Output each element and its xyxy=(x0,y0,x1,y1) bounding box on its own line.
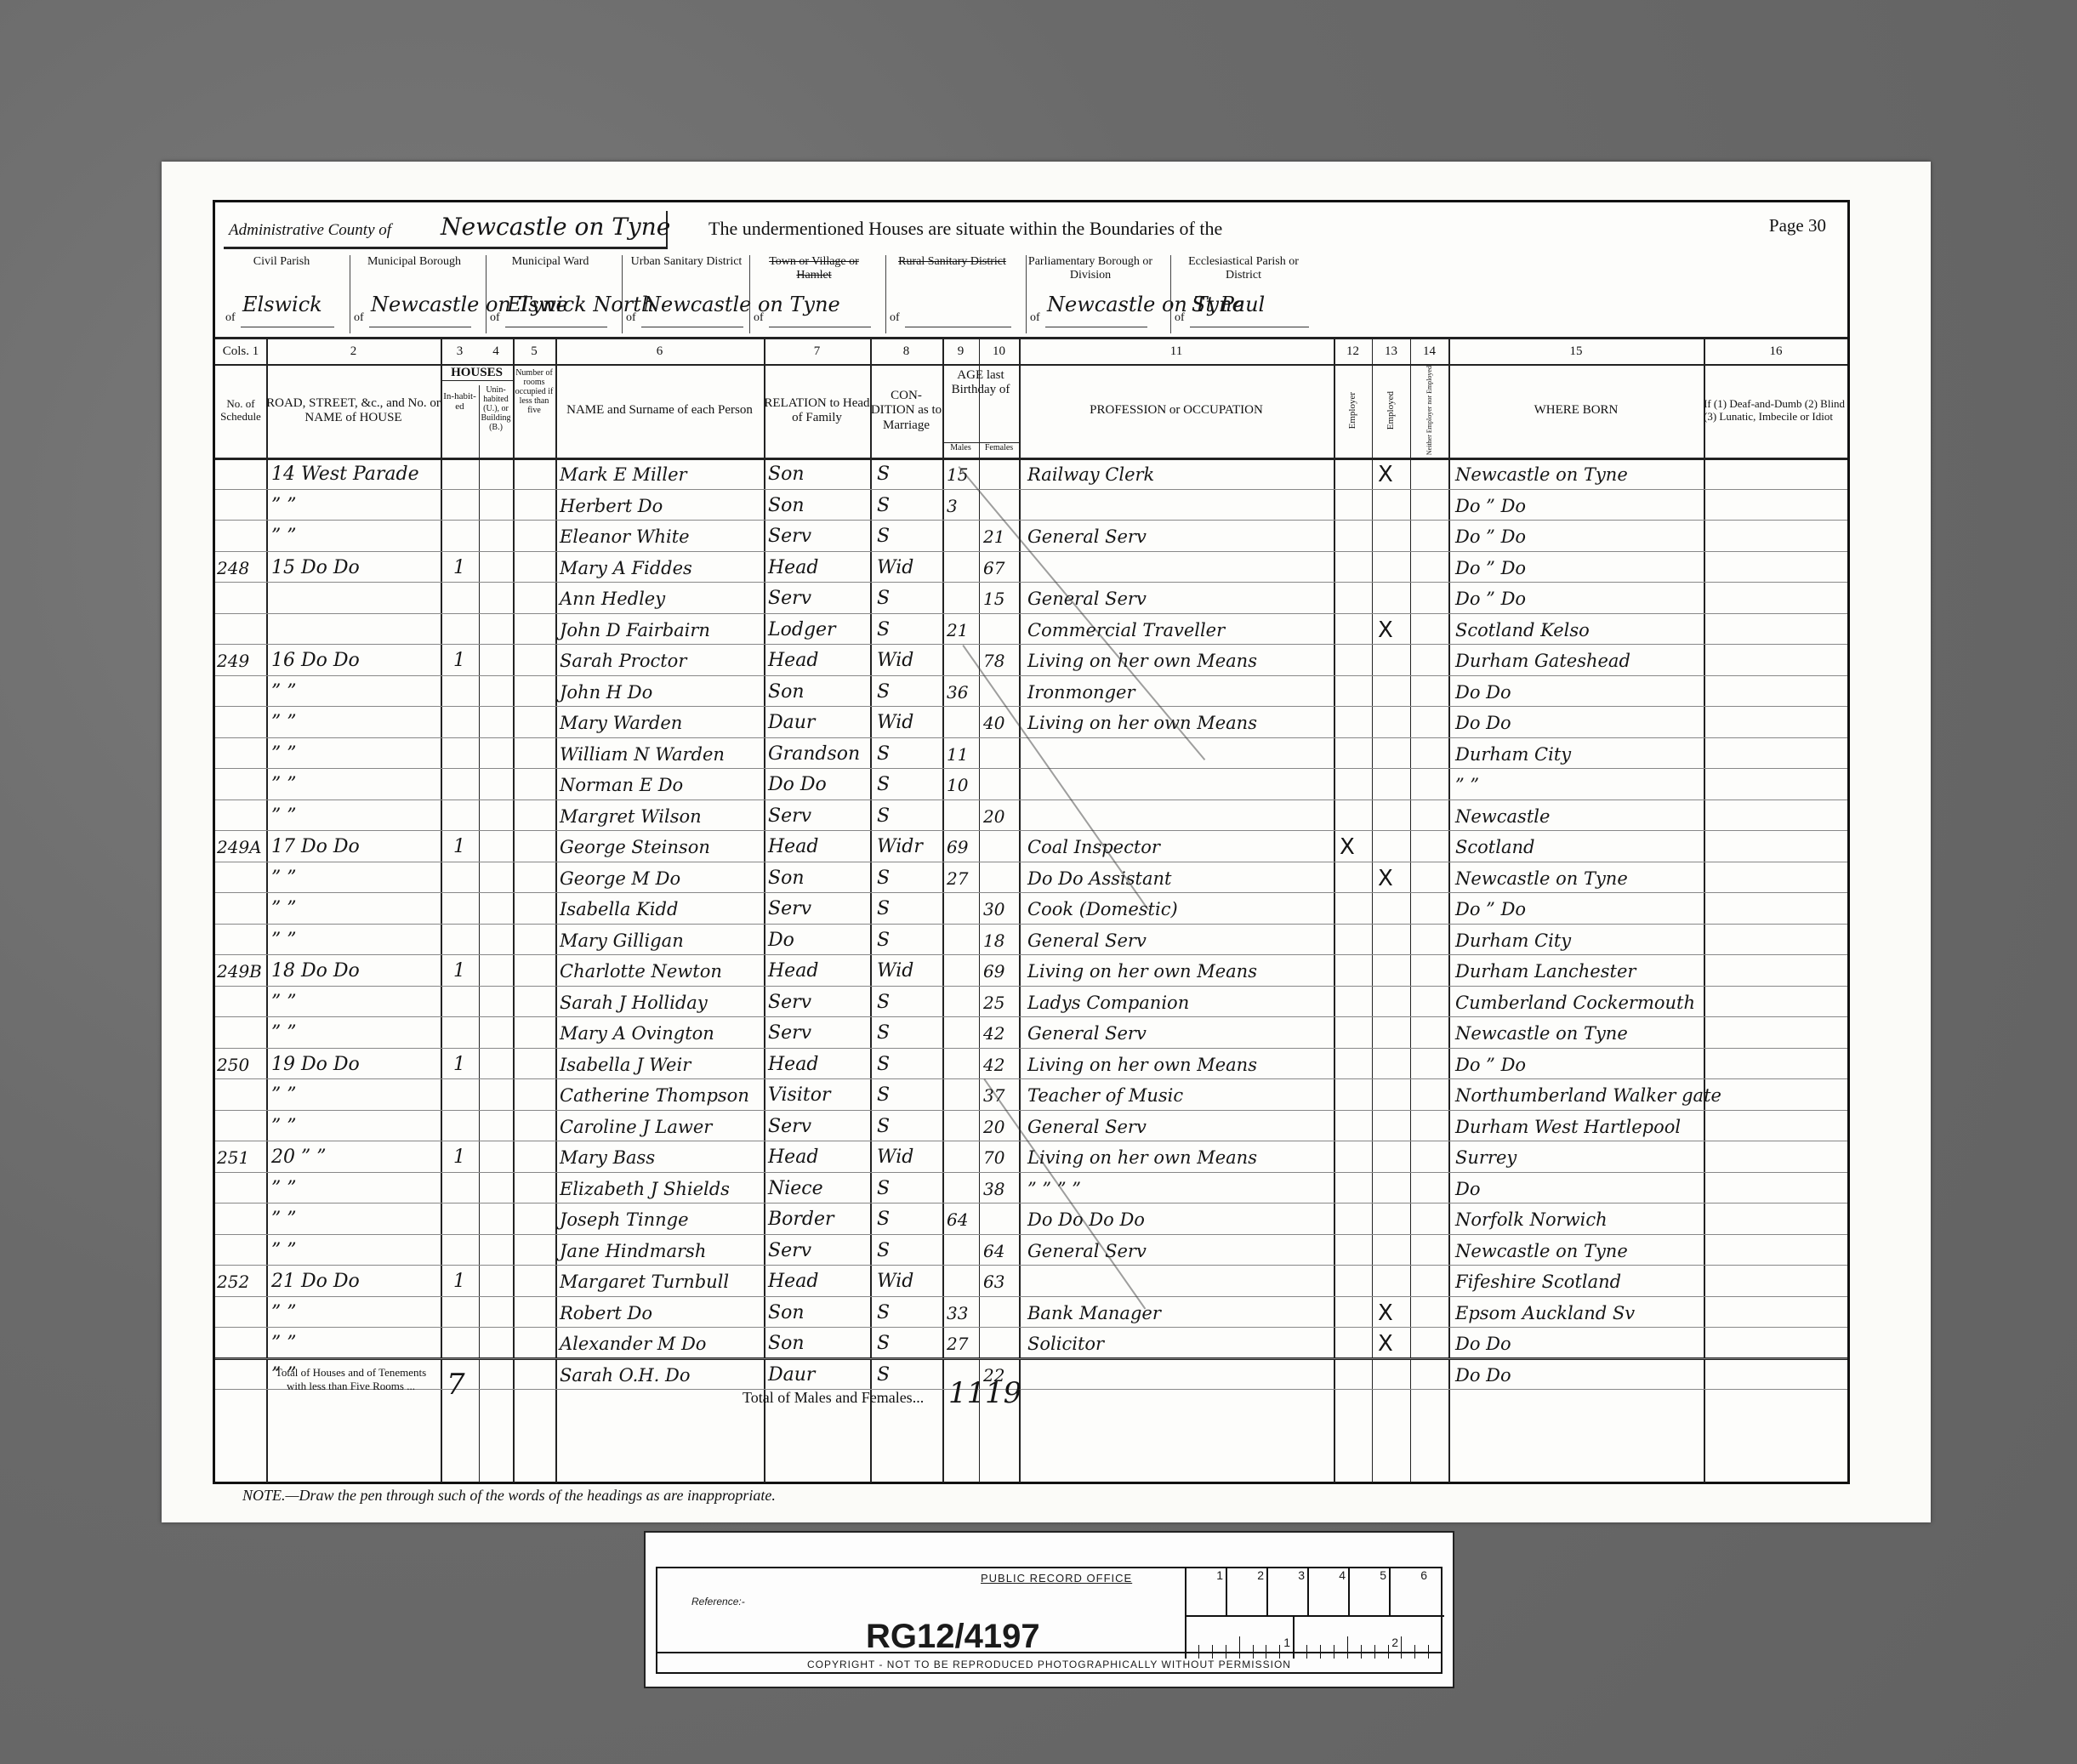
address-cell: ” ” xyxy=(271,489,441,520)
of-label: of xyxy=(225,311,236,325)
condition-cell: S xyxy=(877,892,941,923)
neither-cell xyxy=(1416,1078,1450,1109)
ruler-tick xyxy=(1239,1636,1240,1659)
relation-cell: Serv xyxy=(768,520,870,550)
address-cell: 16 Do Do xyxy=(271,644,441,674)
relation-cell: Head xyxy=(768,644,870,674)
table-row: ” ”Isabella KiddServS30Cook (Domestic)Do… xyxy=(215,892,1847,925)
column-number: 8 xyxy=(870,339,942,364)
inhabited-cell xyxy=(453,1234,479,1265)
address-cell: 17 Do Do xyxy=(271,830,441,861)
neither-cell xyxy=(1416,1327,1450,1357)
schedule-cell xyxy=(217,706,265,737)
inhabited-cell xyxy=(453,1016,479,1047)
neither-cell xyxy=(1416,1048,1450,1078)
neither-cell xyxy=(1416,1203,1450,1233)
male-age-cell xyxy=(947,1048,979,1078)
employer-cell xyxy=(1340,1265,1374,1295)
female-age-cell: 20 xyxy=(983,799,1019,830)
condition-cell: S xyxy=(877,520,941,550)
male-age-cell xyxy=(947,706,979,737)
boundaries-heading: The undermentioned Houses are situate wi… xyxy=(708,218,1222,240)
name-cell: Alexander M Do xyxy=(560,1327,764,1357)
employed-cell xyxy=(1378,799,1412,830)
header-field: Town or Village or Hamlet of xyxy=(749,255,878,333)
ruler-tick xyxy=(1198,1645,1199,1659)
of-label: of xyxy=(890,311,900,325)
employed-cell: X xyxy=(1378,862,1412,892)
column-number: 15 xyxy=(1448,339,1704,364)
schedule-cell xyxy=(217,924,265,954)
field-underline xyxy=(905,327,1011,327)
inhabited-cell xyxy=(453,1172,479,1203)
employer-cell xyxy=(1340,892,1374,923)
of-label: of xyxy=(354,311,364,325)
occupation-cell: Living on her own Means xyxy=(1027,644,1334,674)
infirmity-cell xyxy=(1710,1203,1847,1233)
table-row: ” ”Catherine ThompsonVisitorS37Teacher o… xyxy=(215,1078,1847,1111)
female-age-cell: 63 xyxy=(983,1265,1019,1295)
neither-cell xyxy=(1416,924,1450,954)
address-cell: ” ” xyxy=(271,1203,441,1233)
male-age-cell: 27 xyxy=(947,862,979,892)
name-cell: Sarah O.H. Do xyxy=(560,1358,764,1389)
inhabited-cell xyxy=(453,1078,479,1109)
page-number: Page 30 xyxy=(1769,215,1826,236)
schedule-cell: 251 xyxy=(217,1141,265,1171)
male-age-cell: 21 xyxy=(947,613,979,644)
table-row: Ann HedleyServS15General ServDo ” Do xyxy=(215,582,1847,614)
table-row: 14 West ParadeMark E MillerSonS15Railway… xyxy=(215,458,1847,490)
header-employed-text: Employed xyxy=(1386,391,1397,430)
schedule-cell xyxy=(217,986,265,1016)
table-row: ” ”Margret WilsonServS20Newcastle xyxy=(215,799,1847,832)
table-row: 249A17 Do Do1George SteinsonHeadWidr69Co… xyxy=(215,830,1847,862)
relation-cell: Visitor xyxy=(768,1078,870,1109)
female-age-cell xyxy=(983,830,1019,861)
relation-cell: Head xyxy=(768,551,870,582)
neither-cell xyxy=(1416,986,1450,1016)
reference-slip: PUBLIC RECORD OFFICE Reference:- RG12/41… xyxy=(644,1531,1454,1688)
schedule-cell: 249B xyxy=(217,954,265,985)
birthplace-cell: Durham West Hartlepool xyxy=(1455,1110,1710,1141)
header-field-label: Municipal Borough xyxy=(350,255,478,269)
male-age-cell xyxy=(947,1234,979,1265)
header-neither-text: Neither Employer nor Employed xyxy=(1425,366,1433,455)
male-age-cell: 3 xyxy=(947,489,979,520)
neither-cell xyxy=(1416,582,1450,612)
male-age-cell: 10 xyxy=(947,768,979,799)
schedule-cell xyxy=(217,1016,265,1047)
name-cell: Mary Gilligan xyxy=(560,924,764,954)
birthplace-cell: Durham Lanchester xyxy=(1455,954,1710,985)
birthplace-cell: Do ” Do xyxy=(1455,1048,1710,1078)
header-field: Ecclesiastical Parish or District of St … xyxy=(1170,255,1316,333)
condition-cell: S xyxy=(877,582,941,612)
column-number: 9 xyxy=(942,339,979,364)
name-cell: Elizabeth J Shields xyxy=(560,1172,764,1203)
table-row: ” ”Norman E DoDo DoS10” ” xyxy=(215,768,1847,800)
male-age-cell xyxy=(947,1110,979,1141)
relation-cell: Daur xyxy=(768,706,870,737)
schedule-cell: 249A xyxy=(217,830,265,861)
table-row: 24916 Do Do1Sarah ProctorHeadWid78Living… xyxy=(215,644,1847,676)
neither-cell xyxy=(1416,1110,1450,1141)
male-age-cell: 69 xyxy=(947,830,979,861)
occupation-cell xyxy=(1027,1265,1334,1295)
condition-cell: S xyxy=(877,1327,941,1357)
female-age-cell: 15 xyxy=(983,582,1019,612)
column-number: 14 xyxy=(1410,339,1448,364)
birthplace-cell: Do xyxy=(1455,1172,1710,1203)
header-field: Rural Sanitary District of xyxy=(885,255,1018,333)
female-age-cell: 42 xyxy=(983,1048,1019,1078)
employer-cell xyxy=(1340,582,1374,612)
address-cell: ” ” xyxy=(271,986,441,1016)
name-cell: Mary Bass xyxy=(560,1141,764,1171)
occupation-cell: Living on her own Means xyxy=(1027,1141,1334,1171)
table-row: ” ”George M DoSonS27Do Do AssistantXNewc… xyxy=(215,862,1847,894)
employer-cell xyxy=(1340,768,1374,799)
male-age-cell: 27 xyxy=(947,1327,979,1357)
employer-cell xyxy=(1340,1141,1374,1171)
schedule-cell: 249 xyxy=(217,644,265,674)
employed-cell: X xyxy=(1378,1327,1412,1357)
relation-cell: Niece xyxy=(768,1172,870,1203)
occupation-cell: General Serv xyxy=(1027,924,1334,954)
neither-cell xyxy=(1416,458,1450,488)
relation-cell: Head xyxy=(768,830,870,861)
address-cell xyxy=(271,613,441,644)
birthplace-cell: Newcastle xyxy=(1455,799,1710,830)
condition-cell: S xyxy=(877,768,941,799)
employed-cell xyxy=(1378,1110,1412,1141)
neither-cell xyxy=(1416,1016,1450,1047)
column-number: 16 xyxy=(1704,339,1848,364)
inhabited-cell: 1 xyxy=(453,1048,479,1078)
ruler-tick xyxy=(1414,1645,1415,1659)
neither-cell xyxy=(1416,644,1450,674)
column-number: 11 xyxy=(1019,339,1334,364)
employer-cell xyxy=(1340,986,1374,1016)
female-age-cell: 78 xyxy=(983,644,1019,674)
employer-cell xyxy=(1340,613,1374,644)
occupation-cell: Living on her own Means xyxy=(1027,1048,1334,1078)
schedule-cell: 248 xyxy=(217,551,265,582)
header-rooms: Number of rooms occupied if less than fi… xyxy=(513,368,555,415)
address-cell: ” ” xyxy=(271,768,441,799)
infirmity-cell xyxy=(1710,551,1847,582)
ruler-division: 2 xyxy=(1226,1568,1266,1615)
female-age-cell: 69 xyxy=(983,954,1019,985)
ruler-tick xyxy=(1306,1645,1307,1659)
neither-cell xyxy=(1416,706,1450,737)
neither-cell xyxy=(1416,675,1450,706)
field-underline xyxy=(769,327,871,327)
name-cell: Isabella J Weir xyxy=(560,1048,764,1078)
female-age-cell xyxy=(983,862,1019,892)
ruler-tick xyxy=(1428,1645,1429,1659)
occupation-cell: General Serv xyxy=(1027,1234,1334,1265)
infirmity-cell xyxy=(1710,768,1847,799)
occupation-cell: Cook (Domestic) xyxy=(1027,892,1334,923)
male-age-cell xyxy=(947,924,979,954)
relation-cell: Head xyxy=(768,1048,870,1078)
male-age-cell xyxy=(947,1141,979,1171)
ruler-division: 1 xyxy=(1185,1568,1226,1615)
name-cell: Sarah Proctor xyxy=(560,644,764,674)
schedule-cell xyxy=(217,458,265,488)
relation-cell: Son xyxy=(768,458,870,488)
employer-cell xyxy=(1340,675,1374,706)
birthplace-cell: Scotland xyxy=(1455,830,1710,861)
condition-cell: S xyxy=(877,737,941,768)
relation-cell: Daur xyxy=(768,1358,870,1389)
name-cell: Caroline J Lawer xyxy=(560,1110,764,1141)
relation-cell: Do Do xyxy=(768,768,870,799)
header-relation: RELATION to Head of Family xyxy=(764,364,870,458)
employed-cell xyxy=(1378,1203,1412,1233)
infirmity-cell xyxy=(1710,582,1847,612)
table-row: ” ”Alexander M DoSonS27SolicitorXDo Do xyxy=(215,1327,1847,1359)
occupation-cell xyxy=(1027,737,1334,768)
inhabited-cell xyxy=(453,862,479,892)
employer-cell xyxy=(1340,644,1374,674)
header-field-value: St Paul xyxy=(1192,293,1265,316)
female-age-cell: 30 xyxy=(983,892,1019,923)
birthplace-cell: Do Do xyxy=(1455,1327,1710,1357)
header-employer: Employer xyxy=(1334,364,1372,458)
employer-cell xyxy=(1340,1234,1374,1265)
header-field-label: Ecclesiastical Parish or District xyxy=(1171,255,1316,282)
occupation-cell: General Serv xyxy=(1027,1016,1334,1047)
birthplace-cell: Durham City xyxy=(1455,737,1710,768)
address-cell: ” ” xyxy=(271,1296,441,1327)
neither-cell xyxy=(1416,1296,1450,1327)
houses-total-value: 7 xyxy=(447,1368,465,1402)
name-cell: Margret Wilson xyxy=(560,799,764,830)
employer-cell xyxy=(1340,954,1374,985)
relation-cell: Border xyxy=(768,1203,870,1233)
birthplace-cell: Northumberland Walker gate xyxy=(1455,1078,1710,1109)
inhabited-cell xyxy=(453,768,479,799)
condition-cell: Wid xyxy=(877,954,941,985)
address-cell: 14 West Parade xyxy=(271,458,441,488)
infirmity-cell xyxy=(1710,1358,1847,1389)
header-field-label: Civil Parish xyxy=(222,255,341,269)
footnote: NOTE.—Draw the pen through such of the w… xyxy=(242,1487,776,1505)
header-field: Municipal Ward of Elswick North xyxy=(486,255,614,333)
employed-cell: X xyxy=(1378,1296,1412,1327)
female-age-cell xyxy=(983,1203,1019,1233)
ruler-division: 6 xyxy=(1389,1568,1430,1615)
field-underline xyxy=(505,327,607,327)
table-row: ” ”John H DoSonS36IronmongerDo Do xyxy=(215,675,1847,708)
occupation-cell: Teacher of Music xyxy=(1027,1078,1334,1109)
infirmity-cell xyxy=(1710,675,1847,706)
occupation-cell: Coal Inspector xyxy=(1027,830,1334,861)
employed-cell xyxy=(1378,954,1412,985)
employer-cell xyxy=(1340,1327,1374,1357)
address-cell: ” ” xyxy=(271,737,441,768)
inhabited-cell xyxy=(453,799,479,830)
birthplace-cell: Newcastle on Tyne xyxy=(1455,1234,1710,1265)
occupation-cell: Railway Clerk xyxy=(1027,458,1334,488)
header-field-label: Rural Sanitary District xyxy=(886,255,1018,269)
birthplace-cell: Scotland Kelso xyxy=(1455,613,1710,644)
reference-label: Reference:- xyxy=(691,1596,745,1608)
name-cell: Margaret Turnbull xyxy=(560,1265,764,1295)
schedule-cell xyxy=(217,1327,265,1357)
male-age-cell: 11 xyxy=(947,737,979,768)
female-age-cell: 18 xyxy=(983,924,1019,954)
header-name: NAME and Surname of each Person xyxy=(555,364,764,458)
header-field: Civil Parish of Elswick xyxy=(222,255,341,333)
schedule-cell xyxy=(217,1203,265,1233)
header-field-label: Town or Village or Hamlet xyxy=(750,255,878,282)
header-schedule: No. of Schedule xyxy=(215,364,266,458)
male-age-cell xyxy=(947,1265,979,1295)
name-cell: Norman E Do xyxy=(560,768,764,799)
female-age-cell: 38 xyxy=(983,1172,1019,1203)
employer-cell xyxy=(1340,1048,1374,1078)
inhabited-cell xyxy=(453,737,479,768)
table-row: John D FairbairnLodgerS21Commercial Trav… xyxy=(215,613,1847,646)
birthplace-cell: Newcastle on Tyne xyxy=(1455,458,1710,488)
employer-cell xyxy=(1340,1296,1374,1327)
relation-cell: Son xyxy=(768,489,870,520)
schedule-cell xyxy=(217,1296,265,1327)
infirmity-cell xyxy=(1710,737,1847,768)
female-age-cell: 40 xyxy=(983,706,1019,737)
relation-cell: Serv xyxy=(768,1234,870,1265)
occupation-cell: Do Do Assistant xyxy=(1027,862,1334,892)
column-number: 10 xyxy=(979,339,1019,364)
ruler-tick xyxy=(1401,1636,1402,1659)
census-form: Administrative County of Newcastle on Ty… xyxy=(213,200,1850,1484)
employer-cell xyxy=(1340,799,1374,830)
header-males: Males xyxy=(942,442,979,452)
male-age-cell: 33 xyxy=(947,1296,979,1327)
scale-ruler: 12345612 xyxy=(1185,1568,1444,1659)
ruler-tick xyxy=(1361,1645,1362,1659)
ruler-tick xyxy=(1253,1645,1254,1659)
table-row: ” ”Herbert DoSonS3Do ” Do xyxy=(215,489,1847,521)
address-cell: ” ” xyxy=(271,1110,441,1141)
male-age-cell xyxy=(947,986,979,1016)
inhabited-cell xyxy=(453,706,479,737)
inhabited-cell xyxy=(453,520,479,550)
male-age-cell xyxy=(947,1016,979,1047)
infirmity-cell xyxy=(1710,1327,1847,1357)
condition-cell: Wid xyxy=(877,1141,941,1171)
male-age-cell xyxy=(947,799,979,830)
infirmity-cell xyxy=(1710,520,1847,550)
of-label: of xyxy=(1030,311,1040,325)
condition-cell: Wid xyxy=(877,1265,941,1295)
employed-cell xyxy=(1378,1016,1412,1047)
females-total: 19 xyxy=(985,1376,1021,1410)
occupation-cell: Bank Manager xyxy=(1027,1296,1334,1327)
admin-county-label: Administrative County of xyxy=(229,221,391,240)
address-cell: 20 ” ” xyxy=(271,1141,441,1171)
header-inhabited: In-habit-ed xyxy=(441,391,479,412)
name-cell: John H Do xyxy=(560,675,764,706)
condition-cell: S xyxy=(877,1296,941,1327)
header-neither: Neither Employer nor Employed xyxy=(1410,364,1448,458)
name-cell: Joseph Tinnge xyxy=(560,1203,764,1233)
occupation-cell: General Serv xyxy=(1027,1110,1334,1141)
header-field: Urban Sanitary District of Newcastle on … xyxy=(622,255,750,333)
schedule-cell xyxy=(217,1234,265,1265)
ruler-tick xyxy=(1442,1645,1443,1659)
column-number: 6 xyxy=(555,339,764,364)
relation-cell: Head xyxy=(768,1141,870,1171)
neither-cell xyxy=(1416,768,1450,799)
female-age-cell: 67 xyxy=(983,551,1019,582)
infirmity-cell xyxy=(1710,1172,1847,1203)
address-cell: ” ” xyxy=(271,1016,441,1047)
address-cell: ” ” xyxy=(271,862,441,892)
ruler-tick xyxy=(1334,1645,1334,1659)
header-employed: Employed xyxy=(1372,364,1410,458)
occupation-cell xyxy=(1027,1358,1334,1389)
infirmity-cell xyxy=(1710,924,1847,954)
name-cell: Eleanor White xyxy=(560,520,764,550)
employer-cell xyxy=(1340,1172,1374,1203)
name-cell: Sarah J Holliday xyxy=(560,986,764,1016)
relation-cell: Serv xyxy=(768,892,870,923)
neither-cell xyxy=(1416,1234,1450,1265)
condition-cell: Wid xyxy=(877,706,941,737)
inhabited-cell: 1 xyxy=(453,830,479,861)
birthplace-cell: Do Do xyxy=(1455,675,1710,706)
female-age-cell xyxy=(983,768,1019,799)
field-underline xyxy=(241,327,334,327)
schedule-cell xyxy=(217,675,265,706)
ruler-tick xyxy=(1226,1645,1226,1659)
header-field: Parliamentary Borough or Division of New… xyxy=(1026,255,1154,333)
field-underline xyxy=(1190,327,1309,327)
infirmity-cell xyxy=(1710,613,1847,644)
birthplace-cell: Norfolk Norwich xyxy=(1455,1203,1710,1233)
employed-cell xyxy=(1378,1172,1412,1203)
name-cell: Jane Hindmarsh xyxy=(560,1234,764,1265)
ruler-tick xyxy=(1347,1636,1348,1659)
female-age-cell: 20 xyxy=(983,1110,1019,1141)
occupation-cell: Living on her own Means xyxy=(1027,954,1334,985)
ruler-tick xyxy=(1374,1645,1375,1659)
employed-cell xyxy=(1378,675,1412,706)
neither-cell xyxy=(1416,737,1450,768)
female-age-cell: 70 xyxy=(983,1141,1019,1171)
address-cell: 18 Do Do xyxy=(271,954,441,985)
admin-county-value: Newcastle on Tyne xyxy=(441,213,670,241)
neither-cell xyxy=(1416,520,1450,550)
female-age-cell xyxy=(983,737,1019,768)
infirmity-cell xyxy=(1710,458,1847,488)
male-age-cell: 36 xyxy=(947,675,979,706)
inhabited-cell xyxy=(453,1296,479,1327)
female-age-cell xyxy=(983,458,1019,488)
occupation-cell xyxy=(1027,551,1334,582)
ruler-division: 3 xyxy=(1266,1568,1307,1615)
of-label: of xyxy=(754,311,764,325)
neither-cell xyxy=(1416,862,1450,892)
relation-cell: Serv xyxy=(768,986,870,1016)
name-cell: John D Fairbairn xyxy=(560,613,764,644)
inhabited-cell xyxy=(453,924,479,954)
